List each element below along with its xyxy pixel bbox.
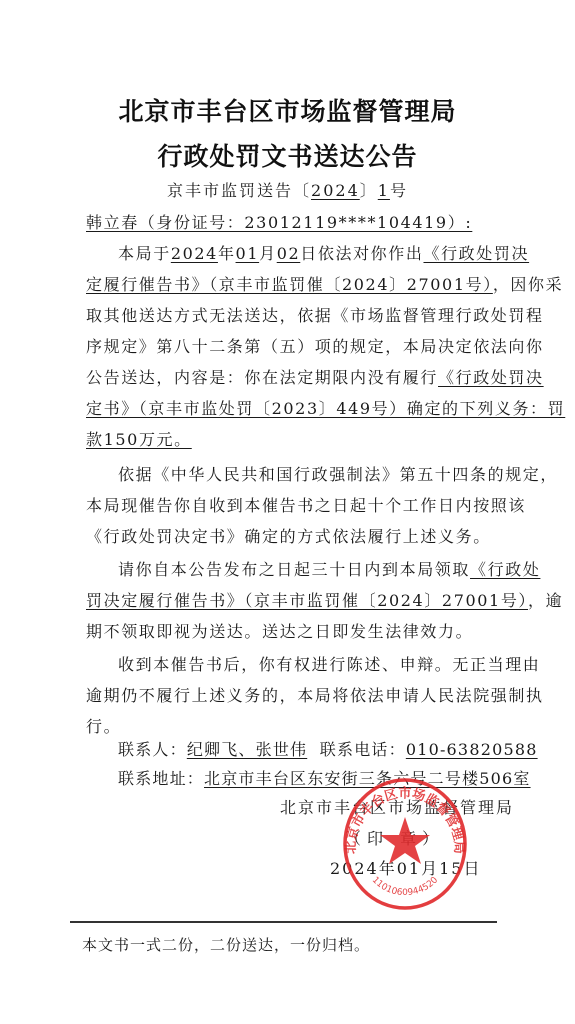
paragraph-4-line-2: 逾期仍不履行上述义务的，本局将依法申请人民法院强制执 xyxy=(86,683,506,706)
official-seal-icon: 北京市丰台区市场监督管理局 1101060944520 xyxy=(340,775,470,913)
paragraph-1-line-4: 序规定》第八十二条第（五）项的规定，本局决定依法向你 xyxy=(86,334,506,357)
document-title-agency: 北京市丰台区市场监督管理局 xyxy=(0,92,575,128)
paragraph-3-line-2: 罚决定履行催告书》（京丰市监罚催〔2024〕27001号），逾 xyxy=(86,588,506,611)
paragraph-1-line-3: 取其他送达方式无法送达，依据《市场监督管理行政处罚程 xyxy=(86,303,506,326)
contact-person-line: 联系人：纪卿飞、张世伟 联系电话：010-63820588 xyxy=(118,737,538,760)
recipient-line: 韩立春（身份证号：23012119****104419）: xyxy=(86,210,506,233)
paragraph-4-line-3: 行。 xyxy=(86,714,506,737)
paragraph-1-line-7: 款150万元。 xyxy=(86,427,506,450)
paragraph-2-line-2: 本局现催告你自收到本催告书之日起十个工作日内按照该 xyxy=(86,493,506,516)
paragraph-2-line-1: 依据《中华人民共和国行政强制法》第五十四条的规定， xyxy=(118,462,538,485)
document-page: 北京市丰台区市场监督管理局 行政处罚文书送达公告 京丰市监罚送告〔2024〕1号… xyxy=(0,0,575,1024)
paragraph-1-line-2: 定履行催告书》（京丰市监罚催〔2024〕27001号），因你采 xyxy=(86,272,506,295)
paragraph-3-line-3: 期不领取即视为送达。送达之日即发生法律效力。 xyxy=(86,619,506,642)
svg-text:1101060944520: 1101060944520 xyxy=(370,875,441,898)
paragraph-1-line-5: 公告送达，内容是：你在法定期限内没有履行《行政处罚决 xyxy=(86,365,506,388)
footer-note: 本文书一式二份，二份送达，一份归档。 xyxy=(82,934,370,955)
paragraph-1-line-6: 定书》（京丰市监处罚〔2023〕449号）确定的下列义务：罚 xyxy=(86,396,506,419)
paragraph-1-line-1: 本局于2024年01月02日依法对你作出《行政处罚决 xyxy=(118,241,538,264)
document-title-notice: 行政处罚文书送达公告 xyxy=(0,137,575,173)
footer-divider xyxy=(70,921,497,923)
document-number: 京丰市监罚送告〔2024〕1号 xyxy=(0,178,575,201)
paragraph-2-line-3: 《行政处罚决定书》确定的方式依法履行上述义务。 xyxy=(86,524,506,547)
paragraph-4-line-1: 收到本催告书后，你有权进行陈述、申辩。无正当理由 xyxy=(118,652,538,675)
paragraph-3-line-1: 请你自本公告发布之日起三十日内到本局领取《行政处 xyxy=(118,557,538,580)
contact-address-line: 联系地址：北京市丰台区东安街三条六号二号楼506室 xyxy=(118,766,538,789)
